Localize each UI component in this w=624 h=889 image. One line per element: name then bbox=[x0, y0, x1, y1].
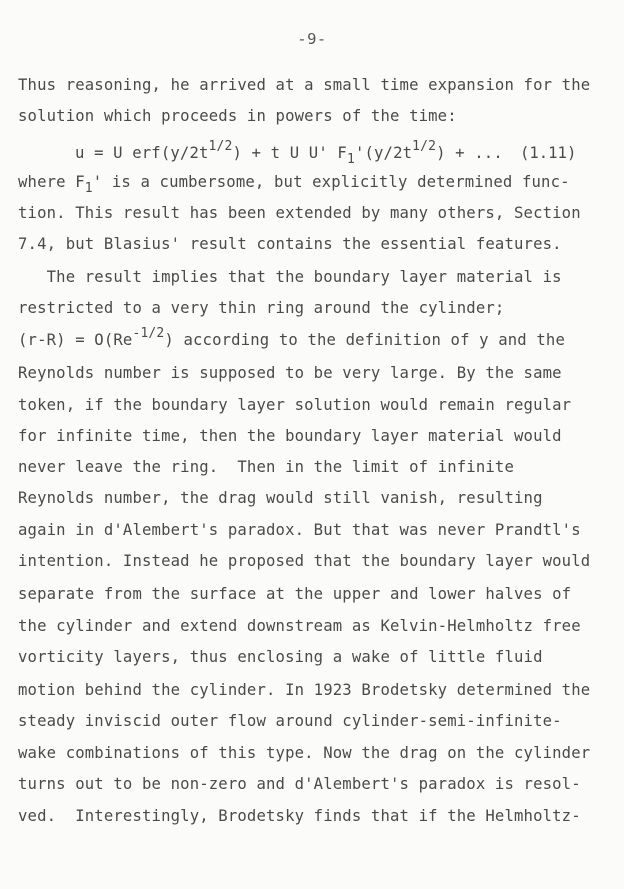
superscript: -1/2 bbox=[132, 326, 164, 341]
text-line: tion. This result has been extended by m… bbox=[18, 204, 581, 222]
equation-exponent: 1/2 bbox=[209, 139, 233, 154]
text-line: vorticity layers, thus enclosing a wake … bbox=[18, 648, 543, 666]
text-line: wake combinations of this type. Now the … bbox=[18, 744, 590, 762]
equation-number: (1.11) bbox=[520, 144, 576, 162]
text-fragment: ' is a cumbersome, but explicitly determ… bbox=[93, 173, 570, 191]
equation-exponent: 1/2 bbox=[412, 139, 436, 154]
text-line: separate from the surface at the upper a… bbox=[18, 585, 571, 603]
equation-part: u = U erf(y/2t bbox=[75, 144, 209, 162]
equation-part: ) + t U U' F bbox=[232, 144, 346, 162]
equation-part: '(y/2t bbox=[355, 144, 412, 162]
text-line: intention. Instead he proposed that the … bbox=[18, 552, 590, 570]
text-line: 7.4, but Blasius' result contains the es… bbox=[18, 235, 562, 253]
text-line: turns out to be non-zero and d'Alembert'… bbox=[18, 775, 581, 793]
equation-subscript: 1 bbox=[347, 152, 355, 167]
equation-part: ) + ... bbox=[436, 144, 503, 162]
text-line: restricted to a very thin ring around th… bbox=[18, 299, 504, 317]
text-fragment: (r-R) = O(Re bbox=[18, 331, 132, 349]
text-line: where F1' is a cumbersome, but explicitl… bbox=[18, 173, 570, 193]
text-line: token, if the boundary layer solution wo… bbox=[18, 396, 571, 414]
text-line: Reynolds number, the drag would still va… bbox=[18, 489, 543, 507]
text-line: for infinite time, then the boundary lay… bbox=[18, 427, 562, 445]
text-line: steady inviscid outer flow around cylind… bbox=[18, 712, 562, 730]
subscript: 1 bbox=[85, 181, 93, 196]
text-line: motion behind the cylinder. In 1923 Brod… bbox=[18, 681, 590, 699]
text-line: again in d'Alembert's paradox. But that … bbox=[18, 521, 581, 539]
text-line: the cylinder and extend downstream as Ke… bbox=[18, 617, 581, 635]
text-line: (r-R) = O(Re-1/2) according to the defin… bbox=[18, 331, 565, 351]
text-line: never leave the ring. Then in the limit … bbox=[18, 458, 514, 476]
text-fragment: where F bbox=[18, 173, 85, 191]
text-line: solution which proceeds in powers of the… bbox=[18, 107, 457, 125]
text-line: ved. Interestingly, Brodetsky finds that… bbox=[18, 807, 581, 825]
page-number: -9- bbox=[0, 30, 624, 48]
equation: u = U erf(y/2t1/2) + t U U' F1'(y/2t1/2)… bbox=[75, 144, 503, 164]
text-fragment: ) according to the definition of y and t… bbox=[164, 331, 565, 349]
text-line: The result implies that the boundary lay… bbox=[18, 268, 562, 286]
text-line: Thus reasoning, he arrived at a small ti… bbox=[18, 76, 590, 94]
text-line: Reynolds number is supposed to be very l… bbox=[18, 364, 562, 382]
